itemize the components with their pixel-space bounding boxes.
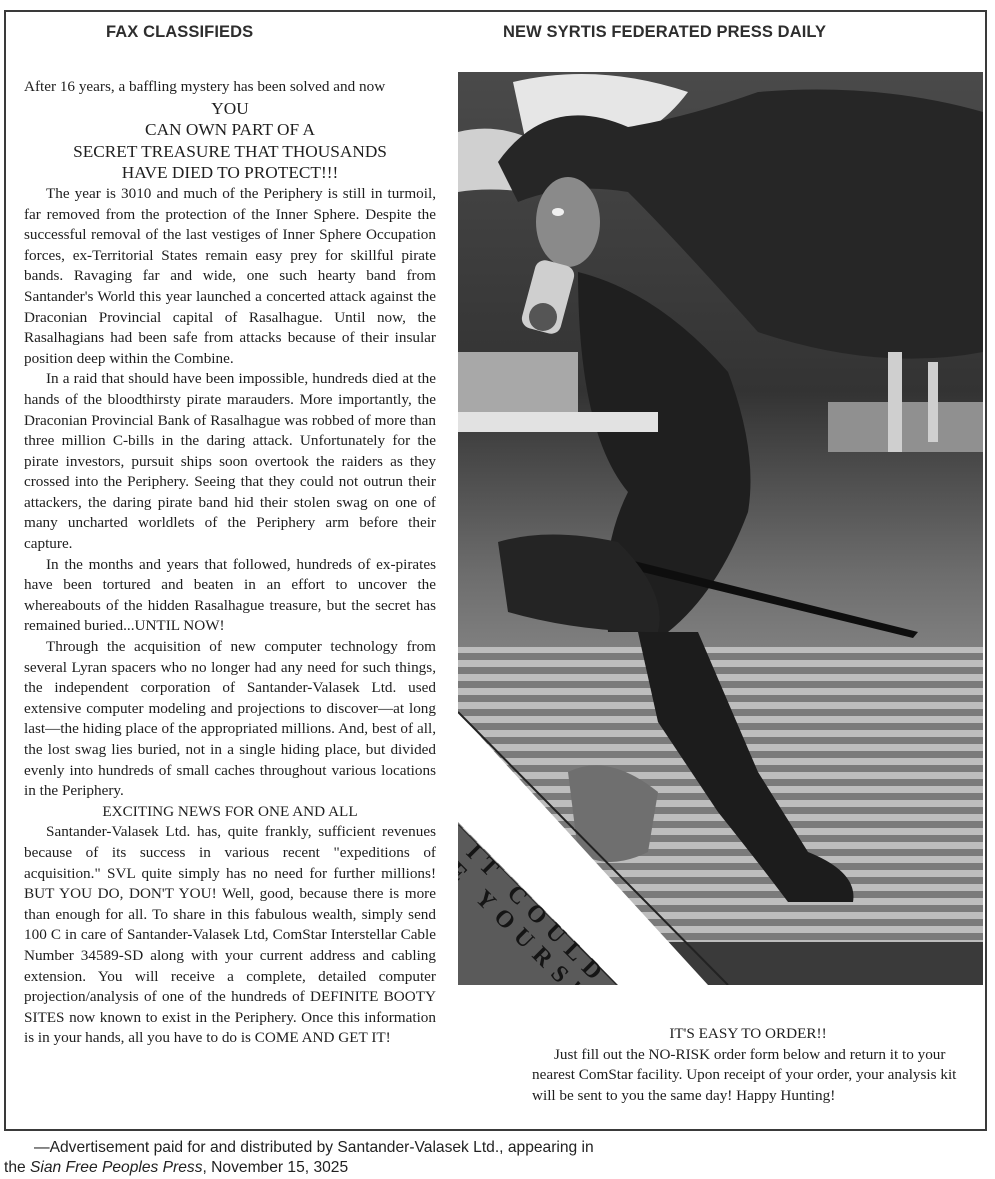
classified-article: After 16 years, a baffling mystery has b… [24,77,436,1049]
pirate-illustration: IT COULD BE YOURS! [458,72,983,985]
article-paragraph: The year is 3010 and much of the Periphe… [24,184,436,369]
article-paragraph: In the months and years that followed, h… [24,555,436,637]
order-title: IT'S EASY TO ORDER!! [532,1024,964,1045]
caption-date: , November 15, 3025 [203,1159,349,1176]
headline-line: CAN OWN PART OF A [24,119,436,141]
left-column-header: FAX CLASSIFIEDS [106,23,253,42]
headline-line: HAVE DIED TO PROTECT!!! [24,162,436,184]
subhead: EXCITING NEWS FOR ONE AND ALL [24,802,436,823]
order-text: Just fill out the NO-RISK order form bel… [532,1045,964,1107]
order-section: IT'S EASY TO ORDER!! Just fill out the N… [532,1024,964,1106]
right-column-header: NEW SYRTIS FEDERATED PRESS DAILY [503,23,826,42]
article-paragraph: Santander-Valasek Ltd. has, quite frankl… [24,822,436,1049]
headline-line: YOU [24,98,436,120]
headline-line: SECRET TREASURE THAT THOUSANDS [24,141,436,163]
caption: —Advertisement paid for and distributed … [4,1138,594,1178]
caption-prefix: the [4,1159,30,1176]
article-paragraph: In a raid that should have been impossib… [24,369,436,554]
caption-line-2: the Sian Free Peoples Press, November 15… [4,1158,594,1178]
article-paragraph: Through the acquisition of new computer … [24,637,436,802]
publication-name: Sian Free Peoples Press [30,1159,202,1176]
caption-line-1: —Advertisement paid for and distributed … [4,1138,594,1158]
intro-line: After 16 years, a baffling mystery has b… [24,77,436,98]
